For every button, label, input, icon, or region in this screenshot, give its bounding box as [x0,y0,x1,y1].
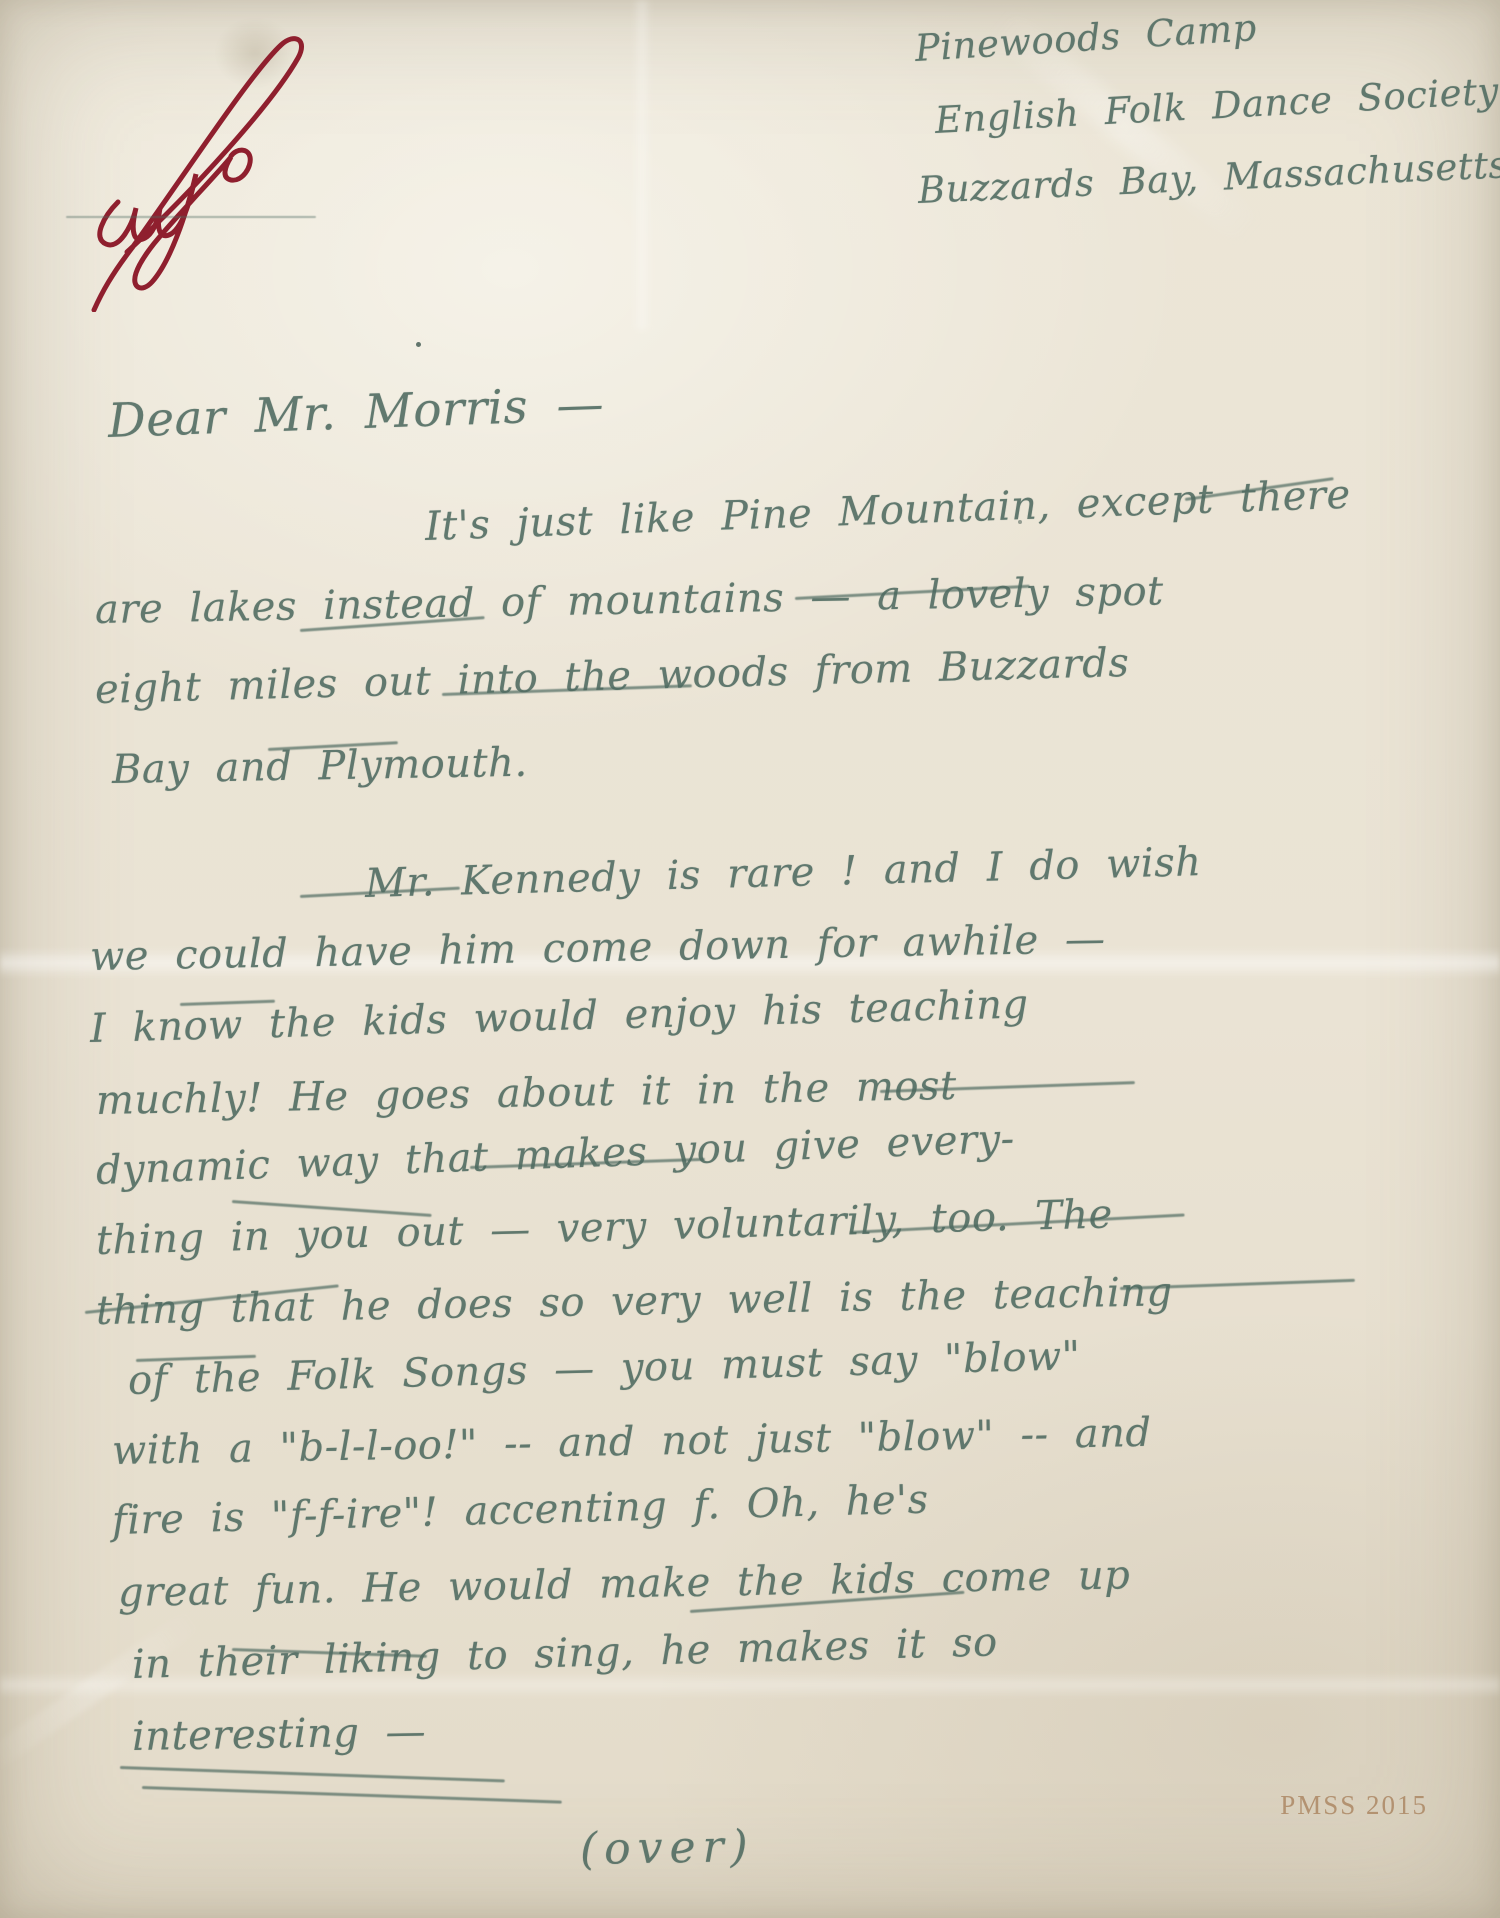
red-ink-annotation [72,12,327,312]
ink-speck [416,342,421,347]
body-line: Mr. Kennedy is rare ! and I do wish [364,842,1201,904]
body-line: great fun. He would make the kids come u… [118,1555,1131,1613]
body-line: I know the kids would enjoy his teaching [89,984,1029,1049]
pen-stroke [66,216,316,218]
archive-watermark: PMSS 2015 [1280,1790,1428,1821]
body-line: interesting — [132,1712,427,1757]
pen-stroke-underline [120,1766,505,1782]
body-line: It's just like Pine Mountain, except the… [424,475,1351,547]
body-line: eight miles out into the woods from Buzz… [94,643,1129,710]
body-line: dynamic way that makes you give every- [95,1119,1015,1191]
body-line: Bay and Plymouth. [112,743,528,790]
body-line: muchly! He goes about it in the most [96,1066,957,1121]
letterhead-line: Pinewoods Camp [914,9,1258,67]
body-line: of the Folk Songs — you must say "blow" [127,1336,1081,1401]
body-line: fire is "f-f-ire"! accenting f. Oh, he's [111,1480,929,1541]
letterhead-line: English Folk Dance Society [934,72,1500,138]
letter-page: Pinewoods Camp English Folk Dance Societ… [0,0,1500,1918]
fold-crease-vertical [632,0,652,330]
body-line: thing that he does so very well is the t… [96,1272,1173,1331]
salutation: Dear Mr. Morris — [107,381,605,445]
body-line: with a "b-l-l-oo!" -- and not just "blow… [112,1413,1152,1471]
over-note: (over) [580,1825,756,1872]
body-line: are lakes instead of mountains — a lovel… [95,571,1164,630]
pen-stroke-underline [142,1786,562,1804]
